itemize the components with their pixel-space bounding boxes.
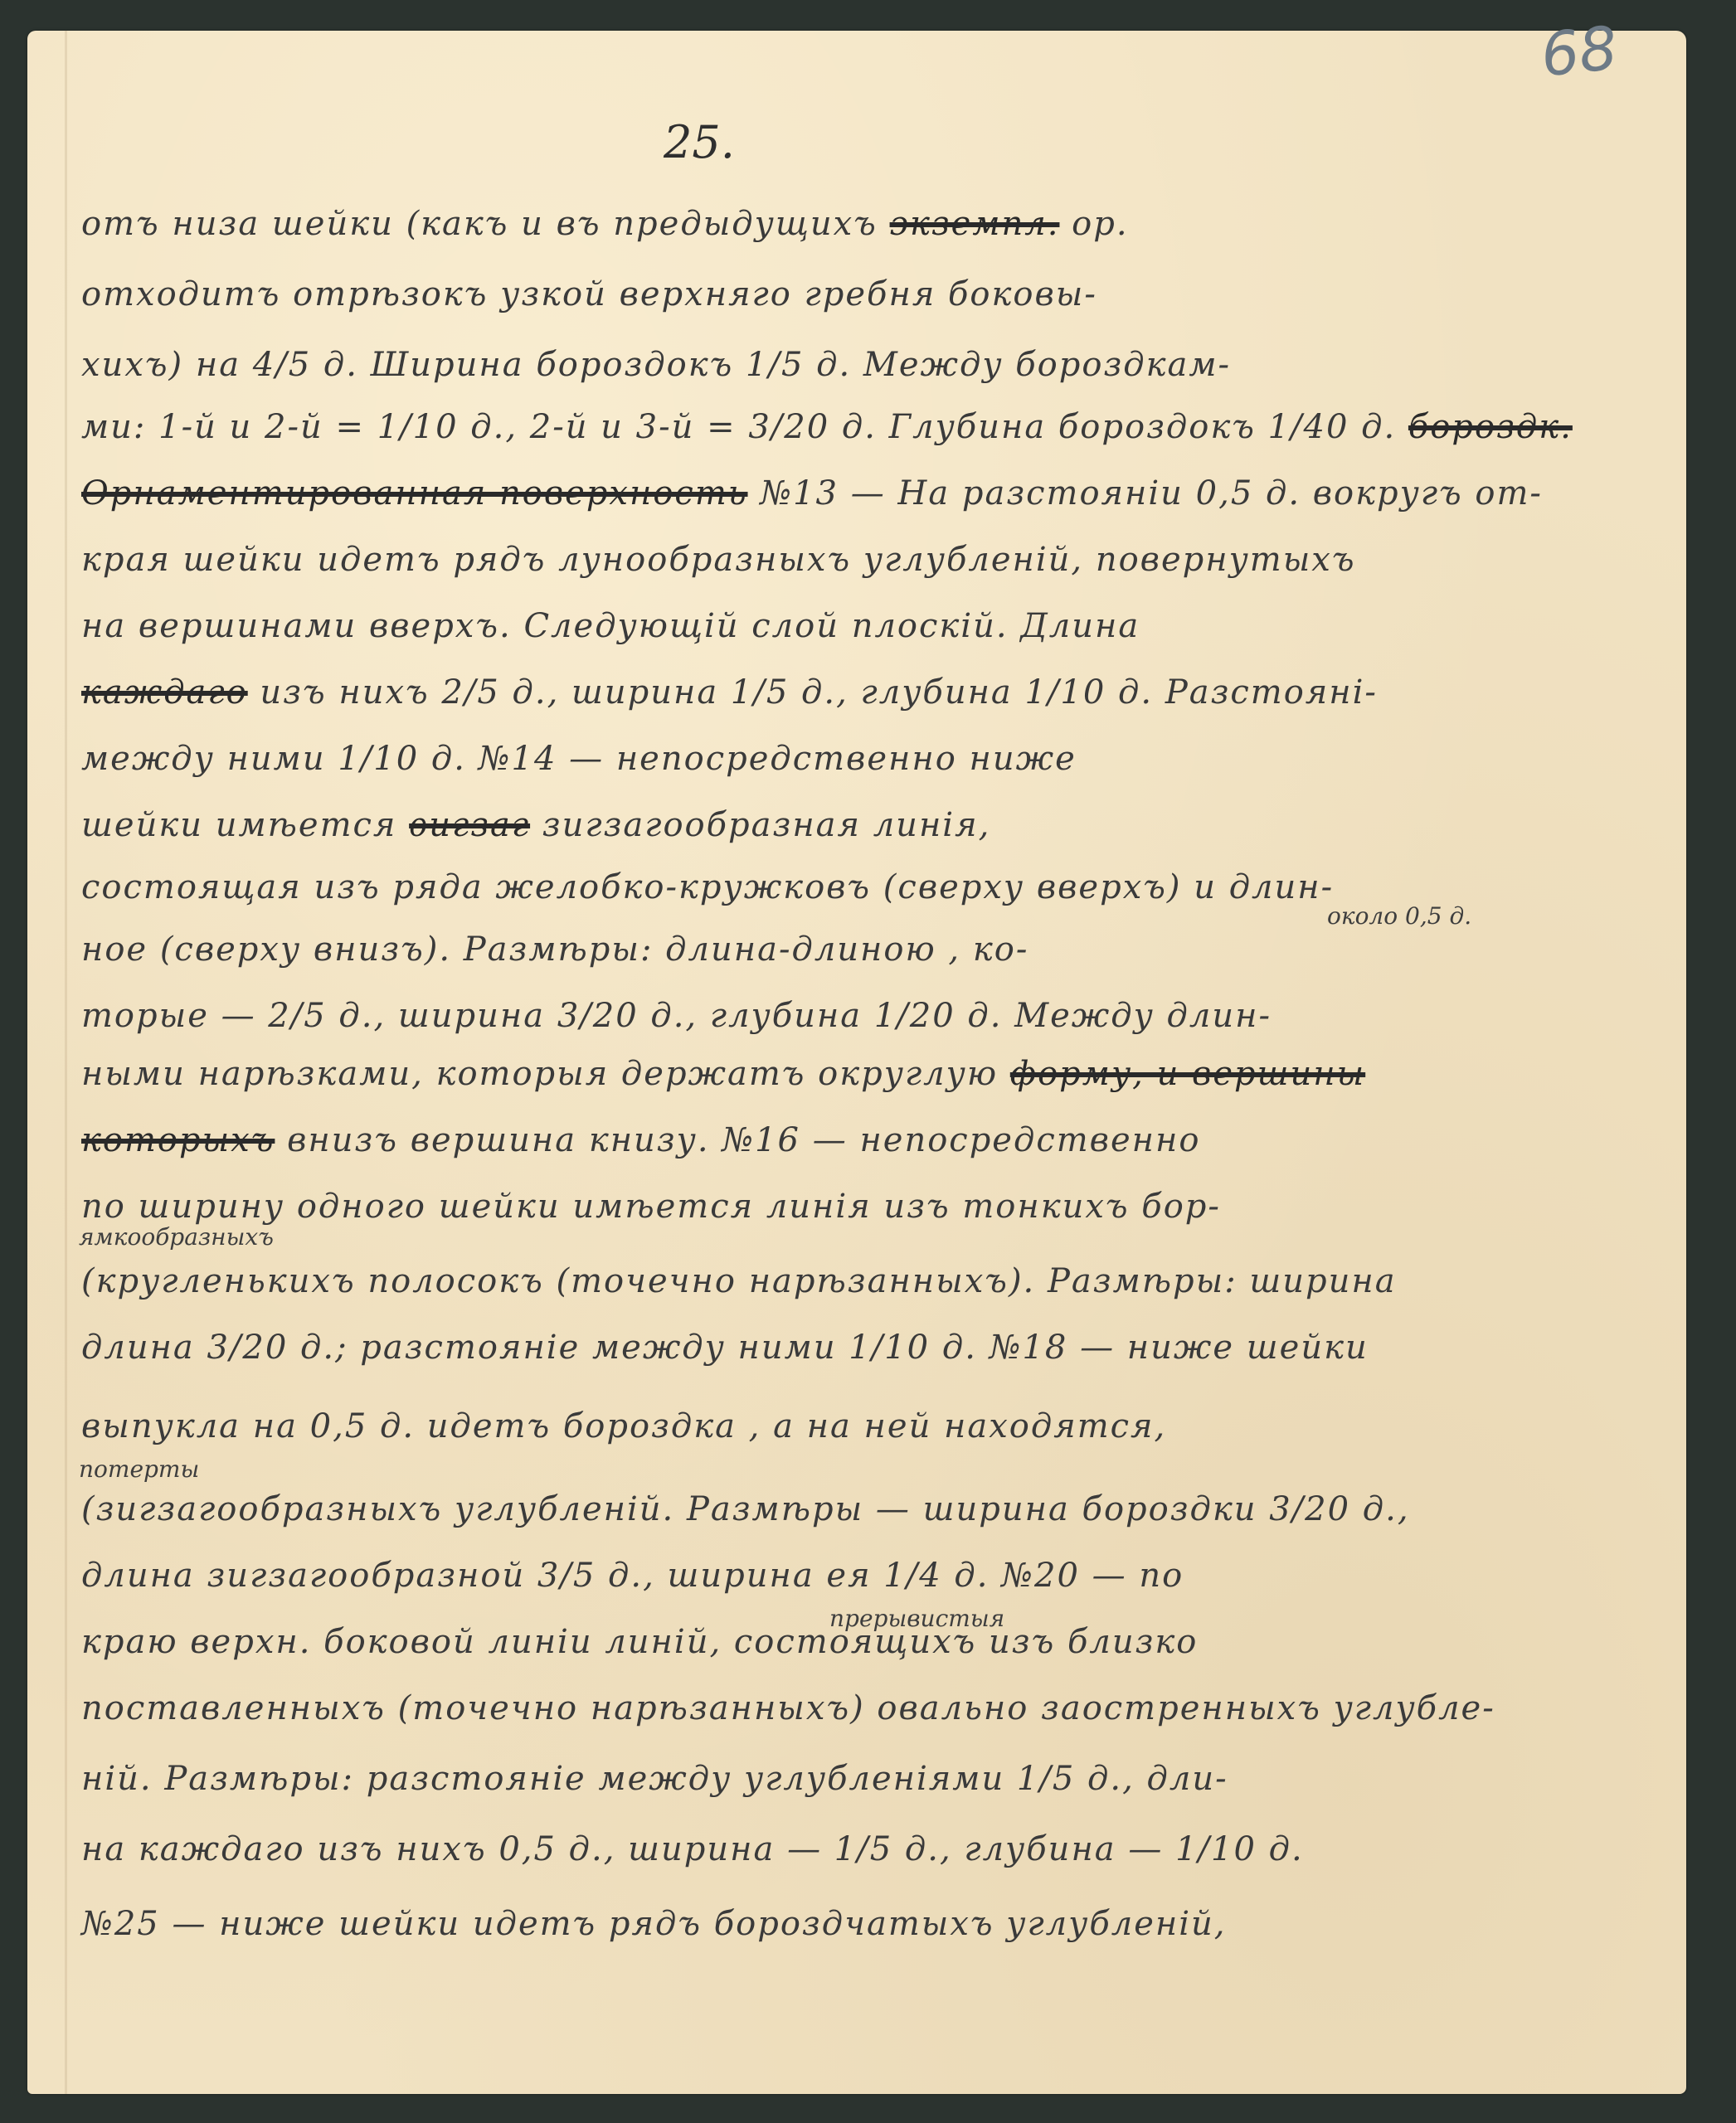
line-text: внизъ вершина книзу. №16 — непосредствен… [287, 1121, 1200, 1159]
struck-word: экземпл. [890, 205, 1060, 243]
line-text: ній. Размѣры: разстояніе между углублені… [81, 1760, 1228, 1798]
interlinear-insertion: прерывистыя [829, 1605, 1004, 1632]
manuscript-line-12: ное (сверху внизъ). Размѣры: длина-длино… [81, 933, 1657, 966]
manuscript-line-11: состоящая изъ ряда желобко-кружковъ (све… [81, 871, 1657, 904]
line-text: длина зигзагообразной 3/5 д., ширина ея … [81, 1557, 1184, 1595]
struck-word: форму, и вершины [1010, 1055, 1365, 1093]
manuscript-line-3: хихъ) на 4/5 д. Ширина бороздокъ 1/5 д. … [81, 348, 1657, 381]
manuscript-line-15: которыхъ внизъ вершина книзу. №16 — непо… [81, 1124, 1657, 1157]
line-text: на вершинами вверхъ. Следующій слой плос… [81, 607, 1140, 645]
interlinear-insertion: ямкообразныхъ [79, 1223, 274, 1251]
line-text: поставленныхъ (точечно нарѣзанныхъ) овал… [81, 1689, 1495, 1727]
line-text: изъ нихъ 2/5 д., ширина 1/5 д., глубина … [260, 673, 1378, 712]
line-text: между ними 1/10 д. №14 — непосредственно… [81, 740, 1077, 778]
line-text: выпукла на 0,5 д. идетъ бороздка , а на … [81, 1407, 1166, 1445]
manuscript-line-14: ными нарѣзками, которыя держатъ округлую… [81, 1057, 1657, 1091]
manuscript-line-23: поставленныхъ (точечно нарѣзанныхъ) овал… [81, 1692, 1657, 1725]
line-text: (кругленькихъ полосокъ (точечно нарѣзанн… [81, 1262, 1397, 1300]
line-text: края шейки идетъ рядъ лунообразныхъ углу… [81, 541, 1356, 579]
line-text: ное (сверху внизъ). Размѣры: длина-длино… [81, 930, 936, 969]
struck-word: которыхъ [81, 1121, 275, 1159]
manuscript-line-25: на каждаго изъ нихъ 0,5 д., ширина — 1/5… [81, 1833, 1657, 1866]
line-text: ными нарѣзками, которыя держатъ округлую [81, 1055, 998, 1093]
line-text: отъ низа шейки (какъ и въ предыдущихъ [81, 205, 878, 243]
manuscript-line-24: ній. Размѣры: разстояніе между углублені… [81, 1762, 1657, 1795]
manuscript-line-2: отходитъ отрѣзокъ узкой верхняго гребня … [81, 278, 1657, 311]
manuscript-line-19: выпукла на 0,5 д. идетъ бороздка , а на … [81, 1410, 1657, 1443]
manuscript-line-4: ми: 1-й и 2-й = 1/10 д., 2-й и 3-й = 3/2… [81, 411, 1657, 444]
line-text: торые — 2/5 д., ширина 3/20 д., глубина … [81, 997, 1272, 1035]
line-tail: зигзагообразная линія, [542, 806, 990, 844]
manuscript-line-7: на вершинами вверхъ. Следующій слой плос… [81, 610, 1657, 643]
manuscript-line-5: Орнаментированная поверхность №13 — На р… [81, 477, 1657, 510]
manuscript-line-13: торые — 2/5 д., ширина 3/20 д., глубина … [81, 999, 1657, 1032]
line-text: отходитъ отрѣзокъ узкой верхняго гребня … [81, 275, 1097, 313]
line-text: по ширину одного шейки имѣется линія изъ… [81, 1188, 1221, 1226]
line-text: состоящая изъ ряда желобко-кружковъ (све… [81, 868, 1334, 906]
line-text: на каждаго изъ нихъ 0,5 д., ширина — 1/5… [81, 1830, 1304, 1868]
manuscript-line-9: между ними 1/10 д. №14 — непосредственно… [81, 742, 1657, 775]
page-number: 25. [664, 116, 735, 168]
line-tail: ор. [1072, 205, 1128, 243]
manuscript-line-1: отъ низа шейки (какъ и въ предыдущихъ эк… [81, 207, 1657, 240]
manuscript-line-21: длина зигзагообразной 3/5 д., ширина ея … [81, 1559, 1657, 1592]
manuscript-line-8: каждаго изъ нихъ 2/5 д., ширина 1/5 д., … [81, 676, 1657, 709]
line-tail: , ко- [948, 930, 1028, 969]
line-text: краю верхн. боковой линіи [81, 1623, 593, 1661]
struck-word: Орнаментированная поверхность [81, 474, 748, 513]
struck-word: каждаго [81, 673, 248, 712]
manuscript-line-17: (кругленькихъ полосокъ (точечно нарѣзанн… [81, 1265, 1657, 1298]
line-text: шейки имѣется [81, 806, 396, 844]
line-text: №13 — На разстояніи 0,5 д. вокругъ от- [760, 474, 1543, 513]
line-text: №25 — ниже шейки идетъ рядъ бороздчатыхъ… [81, 1905, 1227, 1943]
struck-word: бороздк. [1408, 408, 1573, 446]
manuscript-line-6: края шейки идетъ рядъ лунообразныхъ углу… [81, 543, 1657, 576]
line-text: хихъ) на 4/5 д. Ширина бороздокъ 1/5 д. … [81, 346, 1231, 384]
line-text: (зигзагообразныхъ углубленій. Размѣры — … [81, 1490, 1410, 1528]
interlinear-insertion: потерты [79, 1455, 199, 1483]
struck-word: ѳигзаг [409, 806, 530, 844]
manuscript-line-10: шейки имѣется ѳигзаг зигзагообразная лин… [81, 809, 1657, 842]
page-fold-line [65, 31, 67, 2094]
interlinear-insertion: около 0,5 д. [1327, 902, 1471, 930]
manuscript-line-26: №25 — ниже шейки идетъ рядъ бороздчатыхъ… [81, 1907, 1657, 1941]
line-text: ми: 1-й и 2-й = 1/10 д., 2-й и 3-й = 3/2… [81, 408, 1396, 446]
manuscript-line-16: по ширину одного шейки имѣется линія изъ… [81, 1190, 1657, 1223]
folio-number: 68 [1538, 12, 1621, 90]
line-text: длина 3/20 д.; разстояніе между ними 1/1… [81, 1329, 1369, 1367]
manuscript-line-18: длина 3/20 д.; разстояніе между ними 1/1… [81, 1331, 1657, 1364]
manuscript-line-20: (зигзагообразныхъ углубленій. Размѣры — … [81, 1493, 1657, 1526]
